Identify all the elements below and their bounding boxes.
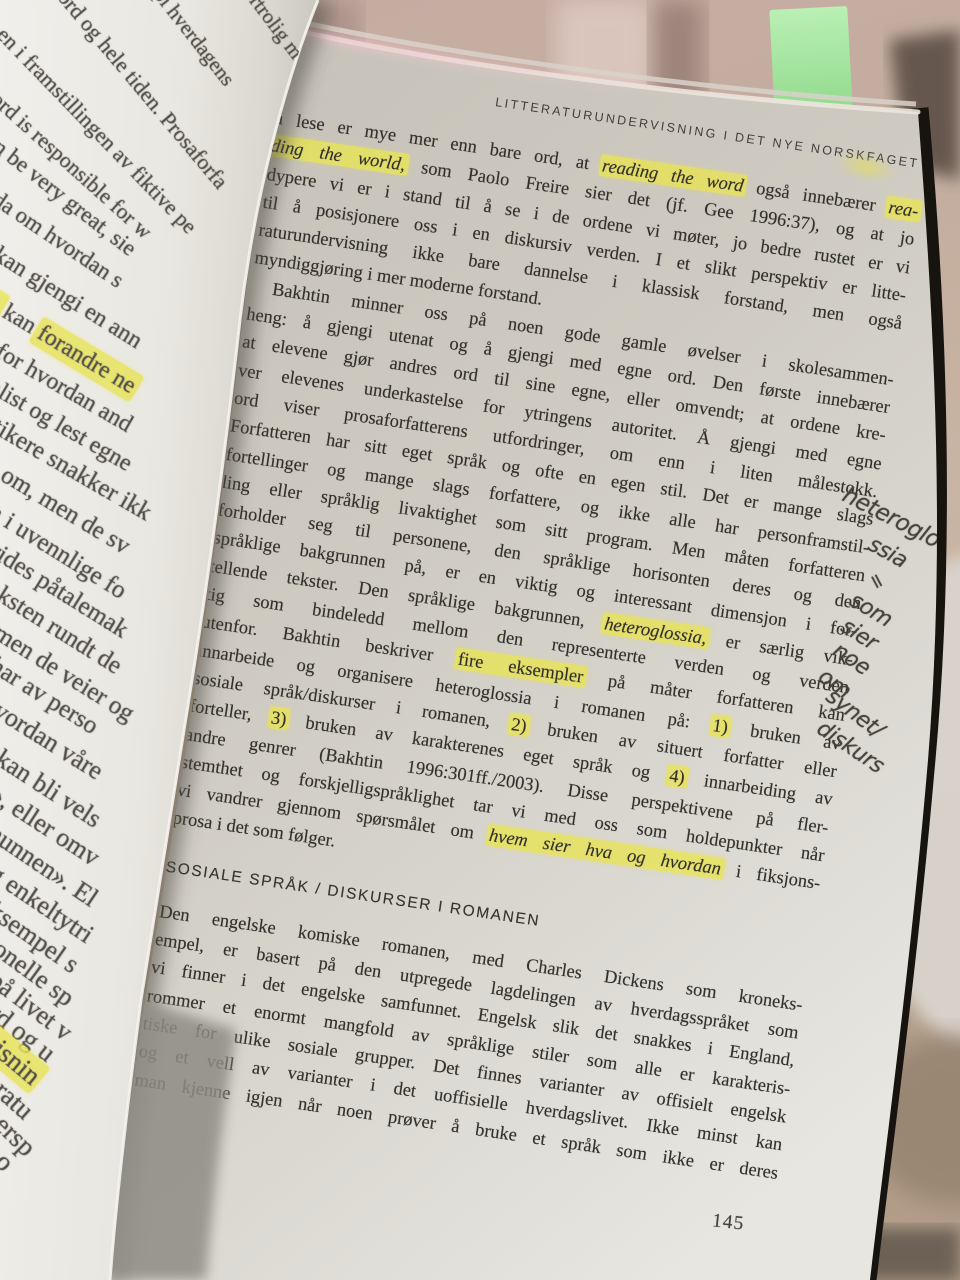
photo-background	[0, 0, 960, 1280]
book-open-photo: LITTERATURUNDERVISNING I DET NYE NORSKFA…	[0, 0, 960, 1280]
